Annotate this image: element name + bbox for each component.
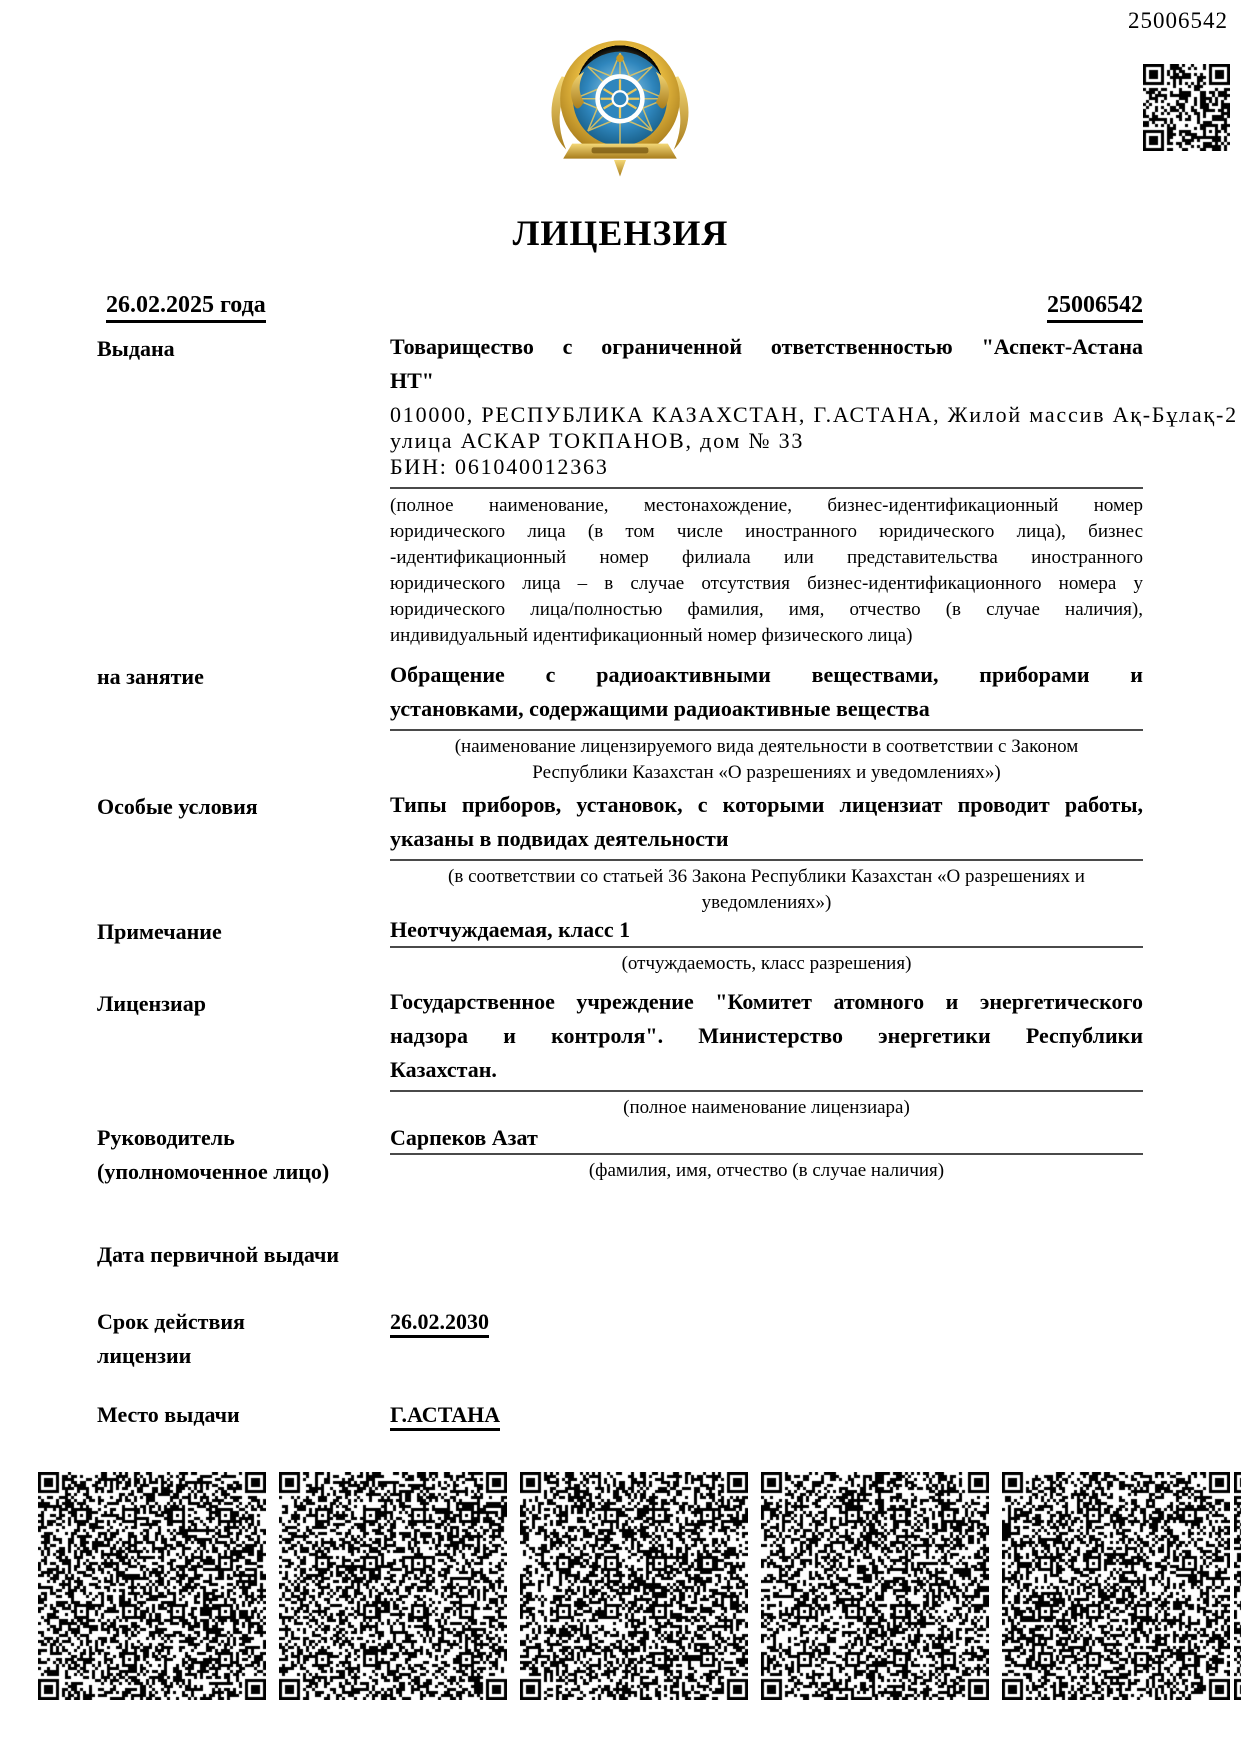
document-title: ЛИЦЕНЗИЯ	[0, 212, 1241, 254]
barcode-block-5-icon	[1002, 1472, 1230, 1700]
barcode-block-2-icon	[279, 1472, 507, 1700]
head-label-line: Руководитель	[97, 1121, 385, 1155]
issue-place-value: Г.АСТАНА	[390, 1398, 1143, 1432]
date-number-row: 26.02.2025 года 25006542	[106, 292, 1143, 323]
remark-label: Примечание	[97, 915, 385, 949]
kazakhstan-emblem-icon	[545, 33, 695, 178]
explanation-line: юридического лица (в том числе иностранн…	[390, 519, 1143, 545]
license-document: 25006542	[0, 0, 1241, 1754]
remark-value: Неотчуждаемая, класс 1	[390, 913, 1143, 947]
special-conditions-value-line: указаны в подвидах деятельности	[390, 822, 1143, 856]
head-value: Сарпеков Азат	[390, 1121, 1143, 1155]
head-label: Руководитель (уполномоченное лицо)	[97, 1121, 385, 1189]
validity-label-line: лицензии	[97, 1339, 385, 1373]
issued-to-value: Товарищество с ограниченной ответственно…	[390, 330, 1143, 398]
head-name: Сарпеков Азат	[390, 1121, 1143, 1155]
licensor-label: Лицензиар	[97, 987, 385, 1021]
special-conditions-value-line: Типы приборов, установок, с которыми лиц…	[390, 788, 1143, 822]
explanation-line: (фамилия, имя, отчество (в случае наличи…	[390, 1158, 1143, 1184]
activity-value-line: установками, содержащими радиоактивные в…	[390, 692, 1143, 726]
barcode-strip	[0, 1472, 1241, 1700]
special-conditions-value: Типы приборов, установок, с которыми лиц…	[390, 788, 1143, 856]
head-explanation: (фамилия, имя, отчество (в случае наличи…	[390, 1158, 1143, 1184]
remark-explanation: (отчуждаемость, класс разрешения)	[390, 951, 1143, 977]
explanation-line: Республики Казахстан «О разрешениях и ув…	[390, 760, 1143, 786]
explanation-line: (полное наименование, местонахождение, б…	[390, 493, 1143, 519]
special-conditions-label: Особые условия	[97, 790, 385, 824]
barcode-block-3-icon	[520, 1472, 748, 1700]
first-issue-label: Дата первичной выдачи	[97, 1238, 497, 1272]
licensor-value-line: Государственное учреждение "Комитет атом…	[390, 985, 1143, 1019]
issue-place-label: Место выдачи	[97, 1398, 385, 1432]
activity-explanation: (наименование лицензируемого вида деятел…	[390, 734, 1143, 786]
activity-value: Обращение с радиоактивными веществами, п…	[390, 658, 1143, 726]
validity-value: 26.02.2030	[390, 1305, 1143, 1339]
special-conditions-explanation: (в соответствии со статьей 36 Закона Рес…	[390, 864, 1143, 916]
head-label-line: (уполномоченное лицо)	[97, 1155, 385, 1189]
explanation-line: индивидуальный идентификационный номер ф…	[390, 623, 1143, 649]
explanation-line: (отчуждаемость, класс разрешения)	[390, 951, 1143, 977]
explanation-line: (в соответствии со статьей 36 Закона Рес…	[390, 864, 1143, 890]
licensor-value: Государственное учреждение "Комитет атом…	[390, 985, 1143, 1087]
explanation-line: юридического лица – в случае отсутствия …	[390, 571, 1143, 597]
issued-to-label: Выдана	[97, 332, 385, 366]
licensor-value-line: Казахстан.	[390, 1053, 1143, 1087]
explanation-line: юридического лица/полностью фамилия, имя…	[390, 597, 1143, 623]
activity-value-line: Обращение с радиоактивными веществами, п…	[390, 658, 1143, 692]
license-number: 25006542	[1047, 292, 1143, 323]
issued-to-explanation: (полное наименование, местонахождение, б…	[390, 493, 1143, 649]
issued-to-value-line: НТ"	[390, 364, 1143, 398]
barcode-block-1-icon	[38, 1472, 266, 1700]
explanation-line: (наименование лицензируемого вида деятел…	[390, 734, 1143, 760]
issue-place-city: Г.АСТАНА	[390, 1402, 500, 1431]
validity-date: 26.02.2030	[390, 1309, 489, 1338]
activity-label: на занятие	[97, 660, 385, 694]
explanation-line: (полное наименование лицензиара)	[390, 1095, 1143, 1121]
divider-rule	[390, 1153, 1143, 1155]
address-line: улица АСКАР ТОКПАНОВ, дом № 33	[390, 428, 1235, 454]
validity-label-line: Срок действия	[97, 1305, 385, 1339]
issue-date: 26.02.2025 года	[106, 292, 266, 323]
qr-code-top-right-icon	[1143, 64, 1230, 151]
divider-rule	[390, 946, 1143, 948]
explanation-line: -идентификационный номер филиала или пре…	[390, 545, 1143, 571]
divider-rule	[390, 1090, 1143, 1092]
address-line: 010000, РЕСПУБЛИКА КАЗАХСТАН, Г.АСТАНА, …	[390, 402, 1235, 428]
barcode-block-4-icon	[761, 1472, 989, 1700]
bin-line: БИН: 061040012363	[390, 454, 1235, 480]
divider-rule	[390, 859, 1143, 861]
licensor-explanation: (полное наименование лицензиара)	[390, 1095, 1143, 1121]
issued-to-address: 010000, РЕСПУБЛИКА КАЗАХСТАН, Г.АСТАНА, …	[390, 402, 1235, 480]
barcode-block-partial-icon	[1234, 1472, 1241, 1700]
remark-value-line: Неотчуждаемая, класс 1	[390, 913, 1143, 947]
divider-rule	[390, 487, 1143, 489]
document-number-top: 25006542	[0, 8, 1228, 34]
validity-label: Срок действия лицензии	[97, 1305, 385, 1373]
divider-rule	[390, 729, 1143, 731]
issued-to-value-line: Товарищество с ограниченной ответственно…	[390, 330, 1143, 364]
licensor-value-line: надзора и контроля". Министерство энерге…	[390, 1019, 1143, 1053]
